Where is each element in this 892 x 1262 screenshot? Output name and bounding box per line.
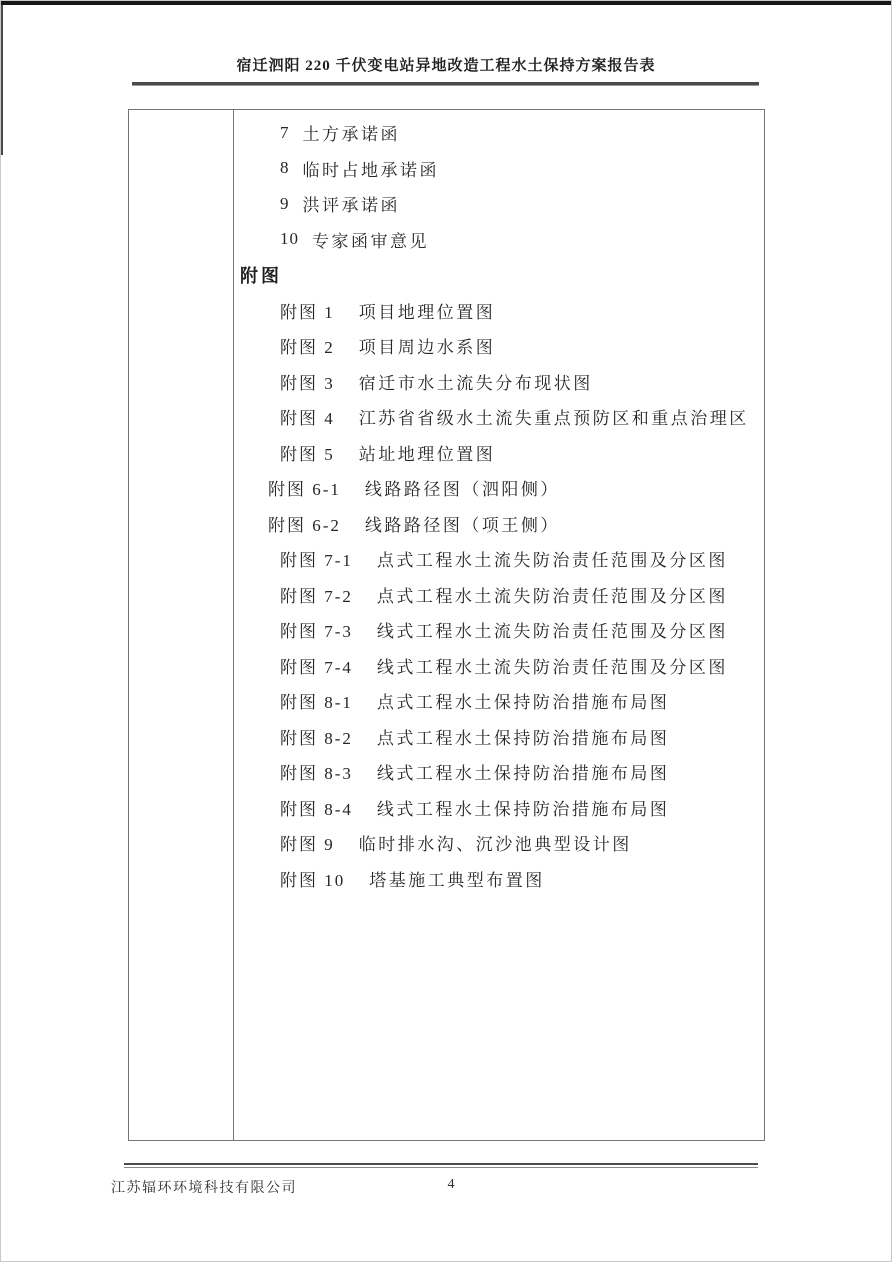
figures-section-heading: 附图 bbox=[235, 257, 763, 293]
item-number: 附图 6-2 bbox=[268, 511, 341, 536]
figure-item: 附图 9临时排水沟、沉沙池典型设计图 bbox=[235, 825, 763, 861]
footer-page-number: 4 bbox=[441, 1177, 461, 1193]
item-number: 9 bbox=[280, 194, 290, 214]
item-number: 附图 8-2 bbox=[280, 724, 353, 749]
figure-item: 附图 6-1线路路径图（泗阳侧） bbox=[235, 470, 763, 506]
item-label: 站址地理位置图 bbox=[359, 440, 496, 465]
item-number: 附图 3 bbox=[280, 369, 335, 394]
header-divider-line bbox=[132, 82, 759, 86]
item-number: 附图 5 bbox=[280, 440, 335, 465]
item-label: 临时排水沟、沉沙池典型设计图 bbox=[359, 830, 632, 855]
item-number: 附图 10 bbox=[280, 866, 345, 891]
item-label: 宿迁市水土流失分布现状图 bbox=[359, 369, 593, 394]
item-number: 附图 7-3 bbox=[280, 617, 353, 642]
figure-item: 附图 2项目周边水系图 bbox=[235, 328, 763, 364]
item-number: 7 bbox=[280, 123, 290, 143]
item-label: 塔基施工典型布置图 bbox=[369, 866, 545, 891]
figure-item: 附图 6-2线路路径图（项王侧） bbox=[235, 506, 763, 542]
scan-left-edge bbox=[1, 5, 3, 155]
item-label: 点式工程水土保持防治措施布局图 bbox=[377, 724, 670, 749]
figure-item: 附图 7-3线式工程水土流失防治责任范围及分区图 bbox=[235, 612, 763, 648]
table-label-column-empty bbox=[129, 110, 234, 1140]
item-label: 附图 bbox=[240, 262, 282, 288]
figure-item: 附图 3宿迁市水土流失分布现状图 bbox=[235, 364, 763, 400]
figure-item: 附图 5站址地理位置图 bbox=[235, 435, 763, 471]
document-page: 宿迁泗阳 220 千伏变电站异地改造工程水土保持方案报告表 7土方承诺函8临时占… bbox=[0, 0, 892, 1262]
item-label: 点式工程水土流失防治责任范围及分区图 bbox=[377, 546, 728, 571]
page-header-title: 宿迁泗阳 220 千伏变电站异地改造工程水土保持方案报告表 bbox=[1, 54, 891, 75]
item-label: 项目地理位置图 bbox=[359, 298, 496, 323]
item-number: 附图 7-4 bbox=[280, 653, 353, 678]
item-label: 江苏省省级水土流失重点预防区和重点治理区 bbox=[359, 404, 749, 429]
figure-item: 附图 8-1点式工程水土保持防治措施布局图 bbox=[235, 683, 763, 719]
attachment-item: 9洪评承诺函 bbox=[235, 186, 763, 222]
item-label: 线式工程水土流失防治责任范围及分区图 bbox=[377, 617, 728, 642]
figure-item: 附图 4江苏省省级水土流失重点预防区和重点治理区 bbox=[235, 399, 763, 435]
figure-item: 附图 8-3线式工程水土保持防治措施布局图 bbox=[235, 754, 763, 790]
item-label: 线路路径图（项王侧） bbox=[365, 511, 560, 536]
item-number: 附图 7-2 bbox=[280, 582, 353, 607]
footer-company-name: 江苏辐环环境科技有限公司 bbox=[111, 1177, 297, 1197]
table-content: 7土方承诺函8临时占地承诺函9洪评承诺函10专家函审意见附图附图 1项目地理位置… bbox=[235, 115, 763, 1139]
item-label: 临时占地承诺函 bbox=[303, 156, 440, 181]
item-label: 线路路径图（泗阳侧） bbox=[365, 475, 560, 500]
figure-item: 附图 7-4线式工程水土流失防治责任范围及分区图 bbox=[235, 648, 763, 684]
figure-item: 附图 8-2点式工程水土保持防治措施布局图 bbox=[235, 719, 763, 755]
footer-divider-line bbox=[124, 1163, 758, 1168]
item-number: 10 bbox=[280, 229, 299, 249]
item-label: 线式工程水土保持防治措施布局图 bbox=[377, 795, 670, 820]
item-number: 附图 1 bbox=[280, 298, 335, 323]
item-label: 土方承诺函 bbox=[303, 120, 401, 145]
item-label: 专家函审意见 bbox=[312, 227, 429, 252]
item-number: 附图 4 bbox=[280, 404, 335, 429]
item-number: 附图 7-1 bbox=[280, 546, 353, 571]
item-label: 点式工程水土流失防治责任范围及分区图 bbox=[377, 582, 728, 607]
figure-item: 附图 7-1点式工程水土流失防治责任范围及分区图 bbox=[235, 541, 763, 577]
item-number: 8 bbox=[280, 158, 290, 178]
item-label: 线式工程水土保持防治措施布局图 bbox=[377, 759, 670, 784]
item-number: 附图 8-3 bbox=[280, 759, 353, 784]
report-table: 7土方承诺函8临时占地承诺函9洪评承诺函10专家函审意见附图附图 1项目地理位置… bbox=[128, 109, 765, 1141]
attachment-item: 8临时占地承诺函 bbox=[235, 151, 763, 187]
figure-item: 附图 1项目地理位置图 bbox=[235, 293, 763, 329]
item-number: 附图 6-1 bbox=[268, 475, 341, 500]
figure-item: 附图 8-4线式工程水土保持防治措施布局图 bbox=[235, 790, 763, 826]
item-number: 附图 8-1 bbox=[280, 688, 353, 713]
attachment-item: 10专家函审意见 bbox=[235, 222, 763, 258]
figure-item: 附图 10塔基施工典型布置图 bbox=[235, 861, 763, 897]
item-label: 洪评承诺函 bbox=[303, 191, 401, 216]
scan-top-edge bbox=[1, 1, 892, 5]
item-label: 点式工程水土保持防治措施布局图 bbox=[377, 688, 670, 713]
attachment-item: 7土方承诺函 bbox=[235, 115, 763, 151]
item-label: 线式工程水土流失防治责任范围及分区图 bbox=[377, 653, 728, 678]
item-number: 附图 2 bbox=[280, 333, 335, 358]
item-number: 附图 8-4 bbox=[280, 795, 353, 820]
figure-item: 附图 7-2点式工程水土流失防治责任范围及分区图 bbox=[235, 577, 763, 613]
item-number: 附图 9 bbox=[280, 830, 335, 855]
item-label: 项目周边水系图 bbox=[359, 333, 496, 358]
